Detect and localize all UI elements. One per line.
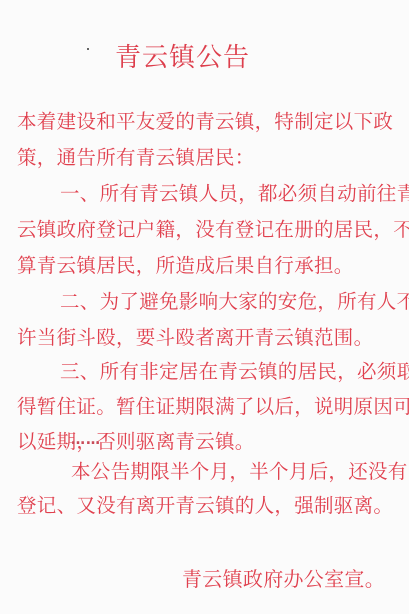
notice-line: 一、所有青云镇人员，都必须自动前往青 [60, 178, 409, 206]
notice-line: 登记、又没有离开青云镇的人，强制驱离。 [17, 490, 393, 518]
signature: 青云镇政府办公室宣。 [182, 563, 385, 592]
stray-dot [87, 48, 89, 50]
notice-line: 得暂住证。暂住证期限满了以后，说明原因可 [17, 391, 409, 419]
notice-line: 二、为了避免影响大家的安危，所有人不 [60, 286, 409, 314]
notice-line: 本公告期限半个月，半个月后，还没有 [71, 456, 408, 484]
notice-line: 以延期，否则驱离青云镇。 [17, 426, 255, 454]
notice-line: 云镇政府登记户籍，没有登记在册的居民，不 [17, 214, 409, 242]
notice-title: 青云镇公告 [115, 37, 250, 74]
notice-line: 三、所有非定居在青云镇的居民，必须取 [60, 356, 409, 384]
notice-line: 算青云镇居民，所造成后果自行承担。 [17, 250, 354, 278]
ellipsis: …… [71, 432, 101, 448]
notice-line: 许当街斗殴，要斗殴者离开青云镇范围。 [17, 322, 373, 350]
notice-line: 本着建设和平友爱的青云镇，特制定以下政 [17, 106, 393, 134]
notice-line: 策，通告所有青云镇居民： [17, 142, 255, 170]
